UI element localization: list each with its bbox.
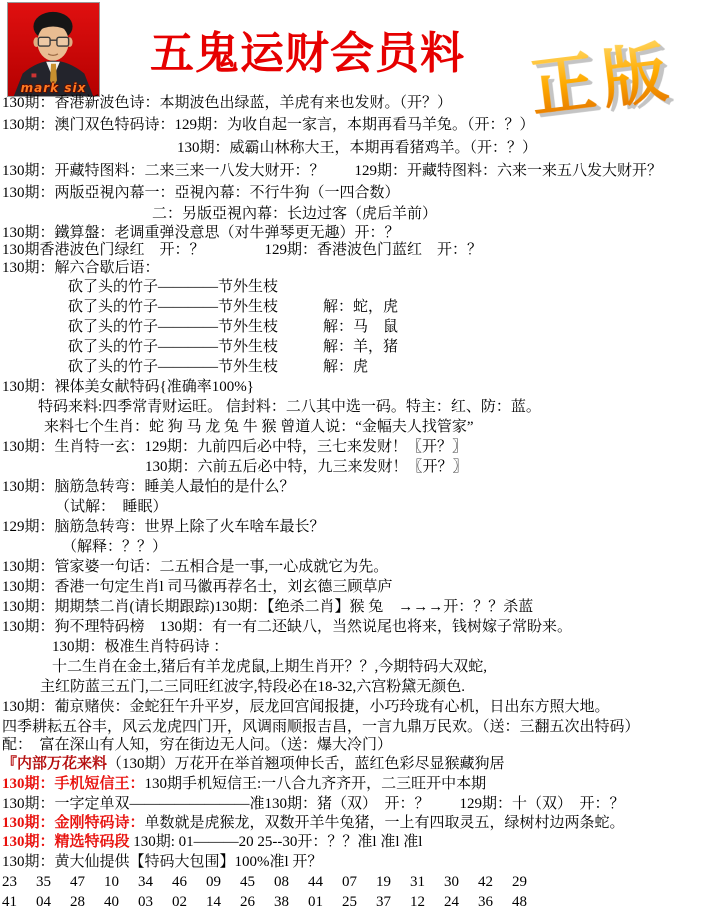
number-cell: 37 [376,895,410,910]
text-line: 砍了头的竹子————节外生枝 解：虎 [0,357,723,377]
number-cell: 14 [206,895,240,910]
number-cell: 35 [36,875,70,890]
text-segment: 砍了头的竹子————节外生枝 解：蛇，虎 [68,300,398,315]
text-segment: 130期：六前五后必中特，九三来发财！〖开？〗 [145,460,468,475]
text-segment: 130期：香港一句定生肖l 司马徽再荐名士，刘玄德三顾草庐 [2,580,392,595]
text-segment: 砍了头的竹子————节外生枝 解：羊，猪 [68,340,398,355]
text-line: 130期：手机短信王：130期手机短信王:一八合九齐齐开，二三旺开中本期 [0,774,723,794]
text-line: 砍了头的竹子————节外生枝 解：蛇，虎 [0,297,723,317]
text-line: 四季耕耘五谷丰，风云龙虎四门开，风调雨顺报吉昌，一言九鼎万民欢。（送：三翻五次出… [0,717,723,737]
text-line: 130期：六前五后必中特，九三来发财！〖开？〗 [0,457,723,477]
page-title: 五鬼运财会员料 [150,28,465,80]
text-line: 130期：香港一句定生肖l 司马徽再荐名士，刘玄德三顾草庐 [0,577,723,597]
number-cell: 23 [2,875,36,890]
text-segment: 130期：澳门双色特码诗：129期：为收自起一家言，本期再看马羊兔。（开：？） [2,118,535,133]
text-segment: 130期：开藏特图料：二来三来一八发大财开：？ 129期：开藏特图料：六来一来五… [2,164,662,179]
text-line: 130期：期期禁二肖(请长期跟踪)130期：【绝杀二肖】猴 兔 →→→开：？？杀… [0,597,723,617]
text-line: 『内部万花来料（130期）万花开在举首翘项伸长舌，蓝红色彩尽显猴藏狗居 [0,754,723,774]
text-line: 130期：生肖特一玄：129期：九前四后必中特，三七来发财！〖开？〗 [0,437,723,457]
number-cell: 40 [104,895,138,910]
text-segment: 130期：威霸山林称大王，本期再看猪鸡羊。（开：？） [177,141,537,156]
number-cell: 08 [274,875,308,890]
text-segment: 130期香港波色门绿红 开：？ 129期：香港波色门蓝红 开：？ [2,243,482,258]
text-segment: 特码来料:四季常青财运旺。 信封料：二八其中选一码。特主：红、防：蓝。 [38,400,541,415]
number-cell: 02 [172,895,206,910]
text-segment: 130期：脑筋急转弯：睡美人最怕的是什么？ [2,480,295,495]
number-cell: 12 [410,895,444,910]
number-cell: 19 [376,875,410,890]
text-segment: 130期：香港新波色诗：本期波色出绿蓝，羊虎有来也发财。（开？） [2,96,452,111]
text-line: 砍了头的竹子————节外生枝 解：羊，猪 [0,337,723,357]
text-line: 来料七个生肖：蛇 狗 马 龙 兔 牛 猴 曾道人说：“金幅夫人找管家” [0,417,723,437]
number-cell: 01 [308,895,342,910]
text-line: 130期：开藏特图料：二来三来一八发大财开：？ 129期：开藏特图料：六来一来五… [0,161,723,182]
text-line: 130期：狗不理特码榜 130期：有一有二还缺八，当然说尾也将来，钱树嫁子常盼来… [0,617,723,637]
number-cell: 34 [138,875,172,890]
text-line: 130期香港波色门绿红 开：？ 129期：香港波色门蓝红 开：？ [0,242,723,259]
number-cell: 07 [342,875,376,890]
number-cell: 24 [444,895,478,910]
text-segment: 单数就是虎猴龙，双数开羊牛兔猪，一上有四取灵五，绿树村边两条蛇。 [145,816,625,831]
text-segment: 配： 富在深山有人知，穷在街边无人问。（送：爆大冷门） [2,738,392,753]
text-line: 130期：威霸山林称大王，本期再看猪鸡羊。（开：？） [0,136,723,161]
portrait-photo: mark six [7,2,100,97]
page: { "header": { "title": "五鬼运财会员料", "badge… [0,0,723,911]
text-segment: 来料七个生肖：蛇 狗 马 龙 兔 牛 猴 曾道人说：“金幅夫人找管家” [44,420,474,435]
text-segment: 主红防蓝三五门,二三同旺红波字,特段必在18-32,六宫粉黛无颜色. [40,680,465,695]
tip-sheet: mark six 五鬼运财会员料 正版 130期：香港新波色诗：本期波色出绿蓝，… [0,0,723,911]
number-cell: 03 [138,895,172,910]
text-line: 配： 富在深山有人知，穷在街边无人问。（送：爆大冷门） [0,737,723,754]
text-segment: 130期：黄大仙提供【特码大包围】100%准l 开？ [2,855,322,870]
number-cell: 45 [240,875,274,890]
number-row: 41042840030214263801253712243648 [0,892,723,911]
text-segment: 130期：金刚特码诗： [2,816,145,831]
text-segment: 130期：生肖特一玄：129期：九前四后必中特，三七来发财！〖开？〗 [2,440,467,455]
text-segment: （130期）万花开在举首翘项伸长舌，蓝红色彩尽显猴藏狗居 [107,757,505,772]
text-segment: 130期：狗不理特码榜 130期：有一有二还缺八，当然说尾也将来，钱树嫁子常盼来… [2,620,572,635]
text-line: 129期：脑筋急转弯：世界上除了火车啥车最长？ [0,517,723,537]
text-line: 130期：葡京赌侠：金蛇狂午升平岁，辰龙回宫闻报捷，小巧玲珑有心机，日出东方照大… [0,697,723,717]
number-cell: 29 [512,875,546,890]
text-line: 主红防蓝三五门,二三同旺红波字,特段必在18-32,六宫粉黛无颜色. [0,677,723,697]
text-segment: 130期：两版亞視內幕一：亞視內幕：不行牛狗（一四合数） [2,186,400,201]
text-line: 130期：解六合歇后语： [0,259,723,277]
text-line: 130期：澳门双色特码诗：129期：为收自起一家言，本期再看马羊兔。（开：？） [0,114,723,136]
number-cell: 04 [36,895,70,910]
text-line: 砍了头的竹子————节外生枝 解：马 鼠 [0,317,723,337]
text-segment: （试解： 睡眠） [55,500,168,515]
text-segment: 四季耕耘五谷丰，风云龙虎四门开，风调雨顺报吉昌，一言九鼎万民欢。（送：三翻五次出… [2,720,640,735]
text-line: 130期：极准生肖特码诗 ： [0,637,723,657]
content-lines: 130期：香港新波色诗：本期波色出绿蓝，羊虎有来也发财。（开？）130期：澳门双… [0,92,723,911]
number-cell: 31 [410,875,444,890]
number-cell: 44 [308,875,342,890]
text-line: 130期：金刚特码诗：单数就是虎猴龙，双数开羊牛兔猪，一上有四取灵五，绿树村边两… [0,814,723,832]
number-cell: 46 [172,875,206,890]
text-line: 130期：精选特码段 130期: 01———20 25--30开：？？准l 准l… [0,832,723,852]
text-segment: 二：另版亞視內幕：长边过客（虎后羊前） [152,207,437,222]
text-segment: 130期：鐵算盤：老调重弹没意思（对牛弹琴更无趣）开：？ [2,226,400,241]
text-segment: 砍了头的竹子————节外生枝 解：马 鼠 [68,320,398,335]
text-line: （解释：？？） [0,537,723,557]
number-cell: 47 [70,875,104,890]
text-line: 130期：两版亞視內幕一：亞視內幕：不行牛狗（一四合数） [0,182,723,204]
text-segment: 130期：手机短信王： [2,777,145,792]
text-line: 130期：黄大仙提供【特码大包围】100%准l 开？ [0,852,723,872]
text-line: 砍了头的竹子————节外生枝 [0,277,723,297]
text-line: 130期：脑筋急转弯：睡美人最怕的是什么？ [0,477,723,497]
text-line: 二：另版亞視內幕：长边过客（虎后羊前） [0,204,723,225]
text-segment: 砍了头的竹子————节外生枝 [68,280,278,295]
text-line: 130期：香港新波色诗：本期波色出绿蓝，羊虎有来也发财。（开？） [0,92,723,114]
text-segment: 130期：一字定单双————————准130期：猪（双） 开：？ 129期：十（… [2,797,625,812]
number-cell: 26 [240,895,274,910]
text-line: 130期：一字定单双————————准130期：猪（双） 开：？ 129期：十（… [0,794,723,814]
text-segment: 砍了头的竹子————节外生枝 解：虎 [68,360,368,375]
number-cell: 09 [206,875,240,890]
text-segment: 130期：精选特码段 [2,835,130,850]
text-segment: 130期：裸体美女献特码{准确率100%} [2,380,254,395]
number-cell: 38 [274,895,308,910]
text-segment: 十二生肖在金土,猪后有羊龙虎鼠,上期生肖开？？,今期特码大双蛇, [52,660,487,675]
text-segment: 130期：葡京赌侠：金蛇狂午升平岁，辰龙回宫闻报捷，小巧玲珑有心机，日出东方照大… [2,700,610,715]
number-cell: 36 [478,895,512,910]
number-row: 23354710344609450844071931304229 [0,872,723,892]
text-line: 130期：管家婆一句话：二五相合是一事,一心成就它为先。 [0,557,723,577]
text-segment: 130期：管家婆一句话：二五相合是一事,一心成就它为先。 [2,560,388,575]
text-segment: 130期：期期禁二肖(请长期跟踪)130期：【绝杀二肖】猴 兔 →→→开：？？杀… [2,600,533,615]
number-cell: 48 [512,895,546,910]
text-segment: 130期: 01———20 25--30开：？？准l 准l 准l [130,835,423,850]
number-cell: 42 [478,875,512,890]
text-line: 特码来料:四季常青财运旺。 信封料：二八其中选一码。特主：红、防：蓝。 [0,397,723,417]
number-cell: 28 [70,895,104,910]
text-line: （试解： 睡眠） [0,497,723,517]
text-line: 十二生肖在金土,猪后有羊龙虎鼠,上期生肖开？？,今期特码大双蛇, [0,657,723,677]
text-segment: 130期手机短信王:一八合九齐齐开，二三旺开中本期 [145,777,487,792]
text-segment: 129期：脑筋急转弯：世界上除了火车啥车最长？ [2,520,325,535]
text-segment: 130期：极准生肖特码诗 ： [52,640,228,655]
text-line: 130期：裸体美女献特码{准确率100%} [0,377,723,397]
text-segment: 『内部万花来料 [2,757,107,772]
text-segment: 130期：解六合歇后语： [2,261,160,276]
number-cell: 41 [2,895,36,910]
number-cell: 30 [444,875,478,890]
text-segment: （解释：？？） [62,540,167,555]
text-line: 130期：鐵算盤：老调重弹没意思（对牛弹琴更无趣）开：？ [0,225,723,242]
number-cell: 25 [342,895,376,910]
number-cell: 10 [104,875,138,890]
